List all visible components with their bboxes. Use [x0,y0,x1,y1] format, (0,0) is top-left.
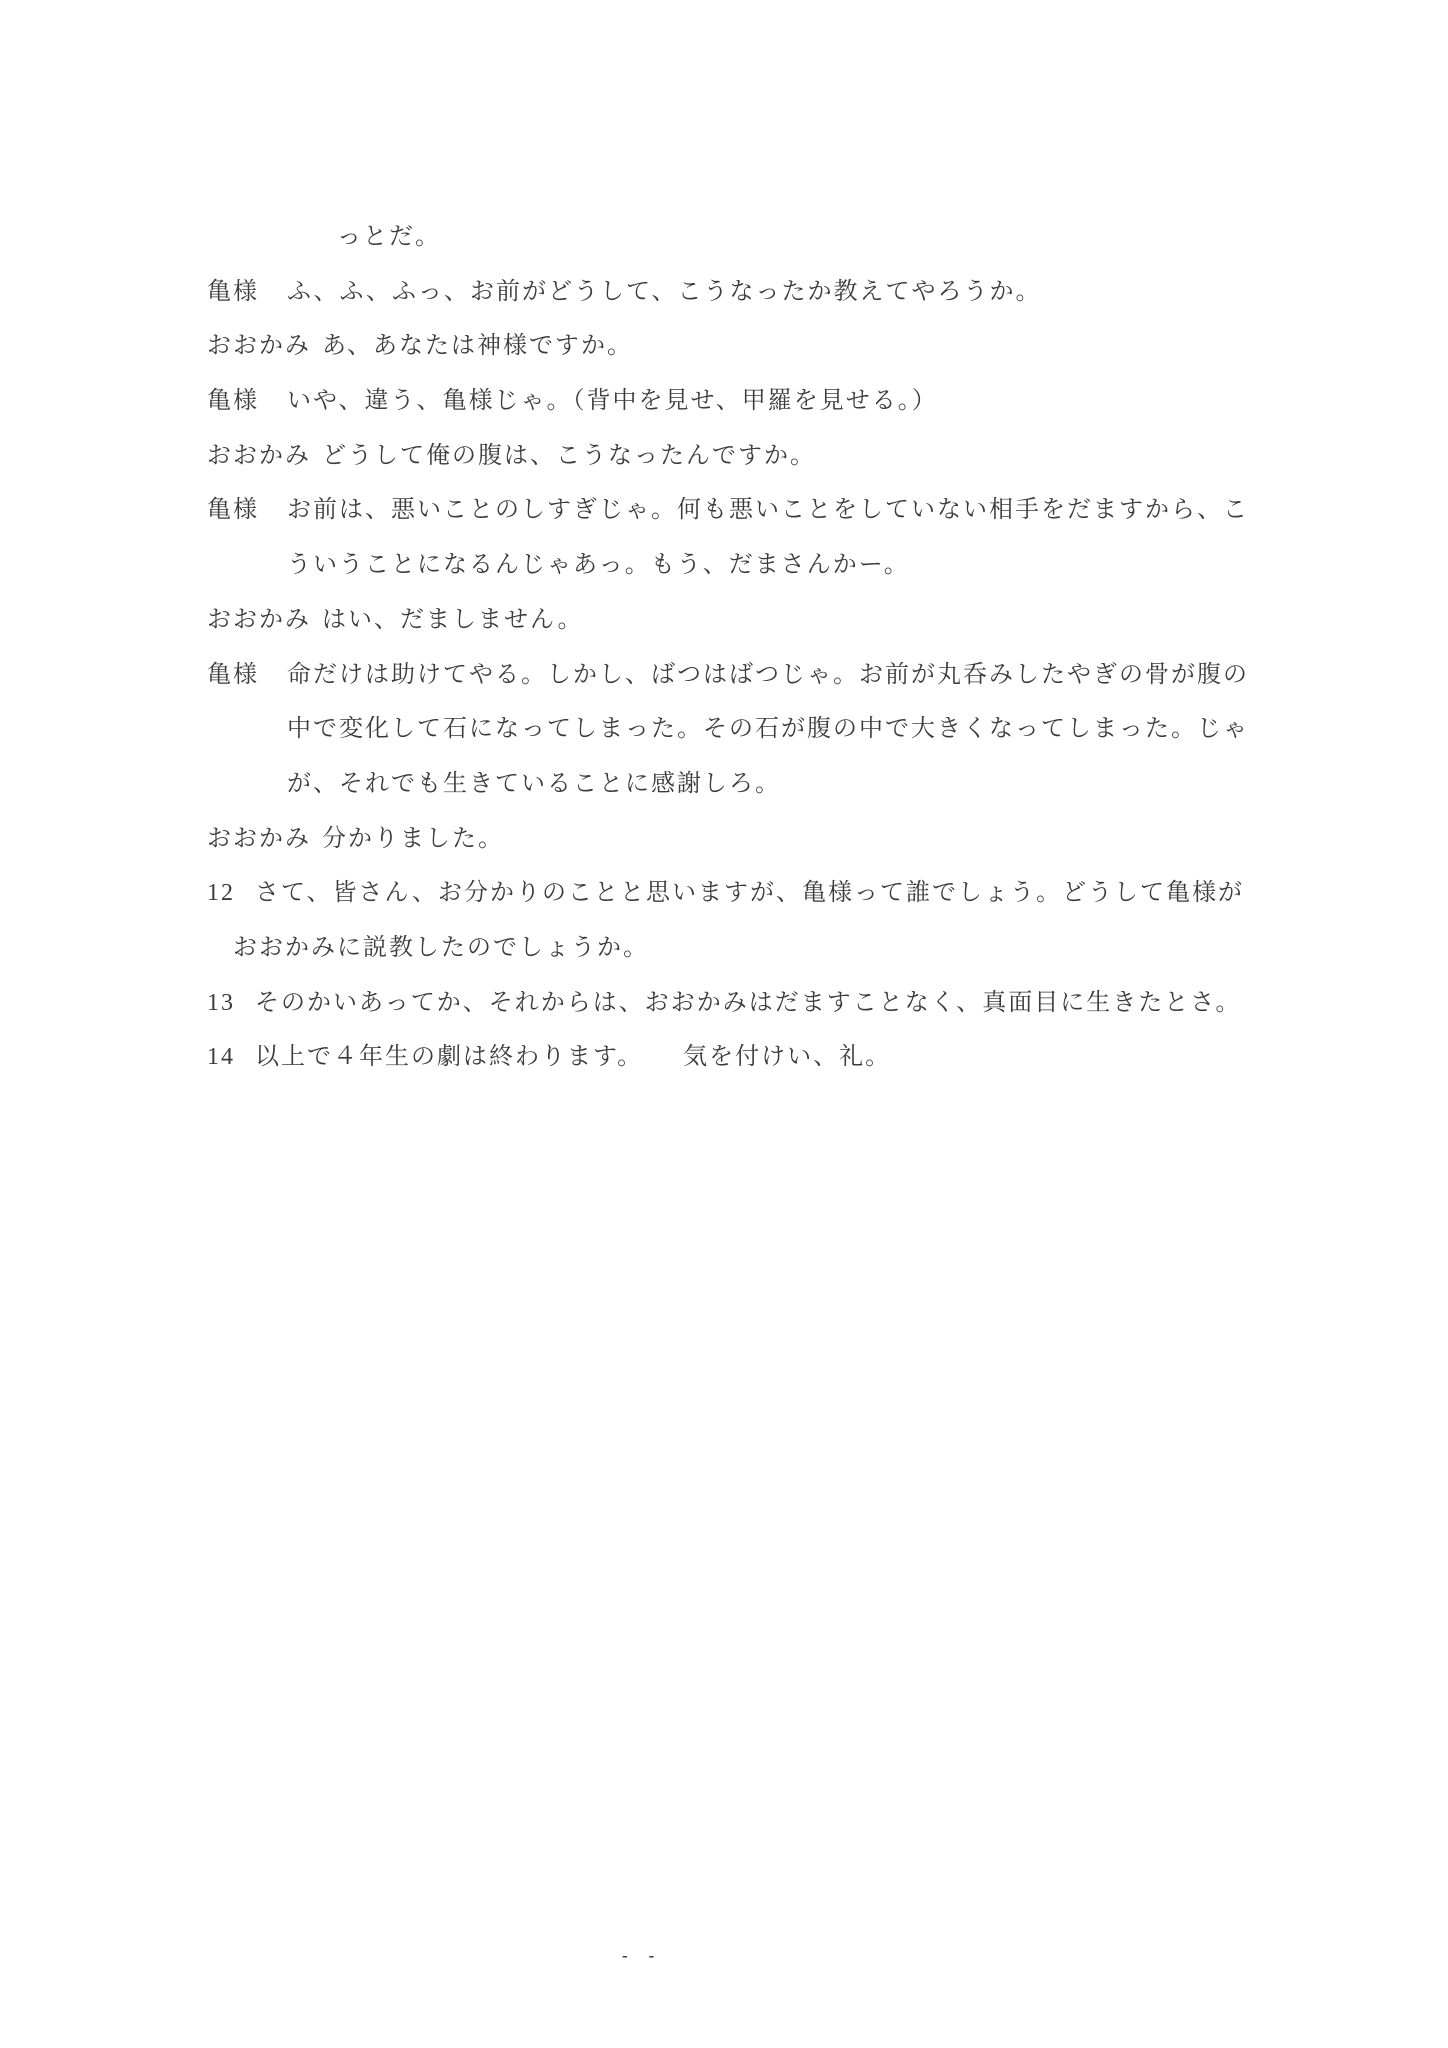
speaker-label: 亀様 [207,648,287,703]
script-line: 13そのかいあってか、それからは、おおかみはだますことなく、真面目に生きたとさ。 [0,976,1448,1031]
line-text: どうして俺の腹は、こうなったんですか。 [322,443,816,469]
script-line: 亀様命だけは助けてやる。しかし、ばつはばつじゃ。お前が丸呑みしたやぎの骨が腹の [0,648,1448,703]
speaker-label: おおかみ [207,319,322,374]
script-line: おおかみに説教したのでしょうか。 [0,921,1448,976]
line-text: はい、だましません。 [322,607,583,633]
line-text: 以上で４年生の劇は終わります。 気を付けい、礼。 [255,1044,891,1070]
line-text: そのかいあってか、それからは、おおかみはだますことなく、真面目に生きたとさ。 [255,990,1241,1016]
script-line: 中で変化して石になってしまった。その石が腹の中で大きくなってしまった。じゃ [0,702,1448,757]
script-line: おおかみどうして俺の腹は、こうなったんですか。 [0,429,1448,484]
line-text: おおかみに説教したのでしょうか。 [233,935,649,961]
script-line: 亀様お前は、悪いことのしすぎじゃ。何も悪いことをしていない相手をだますから、こ [0,483,1448,538]
line-text: ふ、ふ、ふっ、お前がどうして、こうなったか教えてやろうか。 [287,279,1041,305]
line-text: お前は、悪いことのしすぎじゃ。何も悪いことをしていない相手をだますから、こ [287,497,1249,523]
script-line: 亀様ふ、ふ、ふっ、お前がどうして、こうなったか教えてやろうか。 [0,265,1448,320]
line-text: ういうことになるんじゃあっ。もう、だまさんかー。 [287,552,910,578]
line-text: 命だけは助けてやる。しかし、ばつはばつじゃ。お前が丸呑みしたやぎの骨が腹の [287,662,1249,688]
line-text: っとだ。 [337,224,441,250]
line-text: さて、皆さん、お分かりのことと思いますが、亀様って誰でしょう。どうして亀様が [255,880,1244,906]
speaker-label: 亀様 [207,374,287,429]
script-line: っとだ。 [0,210,1448,265]
script-line: 14以上で４年生の劇は終わります。 気を付けい、礼。 [0,1030,1448,1085]
page-footer: - - [622,1941,656,1966]
script-line: が、それでも生きていることに感謝しろ。 [0,757,1448,812]
speaker-label: おおかみ [207,593,322,648]
line-text: が、それでも生きていることに感謝しろ。 [287,771,781,797]
line-text: あ、あなたは神様ですか。 [322,333,633,359]
speaker-label: 亀様 [207,265,287,320]
script-line: ういうことになるんじゃあっ。もう、だまさんかー。 [0,538,1448,593]
script-line: おおかみ分かりました。 [0,812,1448,867]
speaker-label: 13 [207,976,255,1031]
speaker-label: 12 [207,866,255,921]
script-line: 亀様いや、違う、亀様じゃ。（背中を見せ、甲羅を見せる。） [0,374,1448,429]
speaker-label: おおかみ [207,429,322,484]
line-text: いや、違う、亀様じゃ。（背中を見せ、甲羅を見せる。） [287,388,938,414]
script-line: おおかみあ、あなたは神様ですか。 [0,319,1448,374]
speaker-label: 14 [207,1030,255,1085]
speaker-label: おおかみ [207,812,322,867]
script-text: っとだ。亀様ふ、ふ、ふっ、お前がどうして、こうなったか教えてやろうか。おおかみあ… [0,210,1448,1085]
speaker-label: 亀様 [207,483,287,538]
document-page: っとだ。亀様ふ、ふ、ふっ、お前がどうして、こうなったか教えてやろうか。おおかみあ… [0,0,1448,2048]
script-line: 12さて、皆さん、お分かりのことと思いますが、亀様って誰でしょう。どうして亀様が [0,866,1448,921]
script-line: おおかみはい、だましません。 [0,593,1448,648]
line-text: 分かりました。 [322,826,504,852]
line-text: 中で変化して石になってしまった。その石が腹の中で大きくなってしまった。じゃ [287,716,1249,742]
